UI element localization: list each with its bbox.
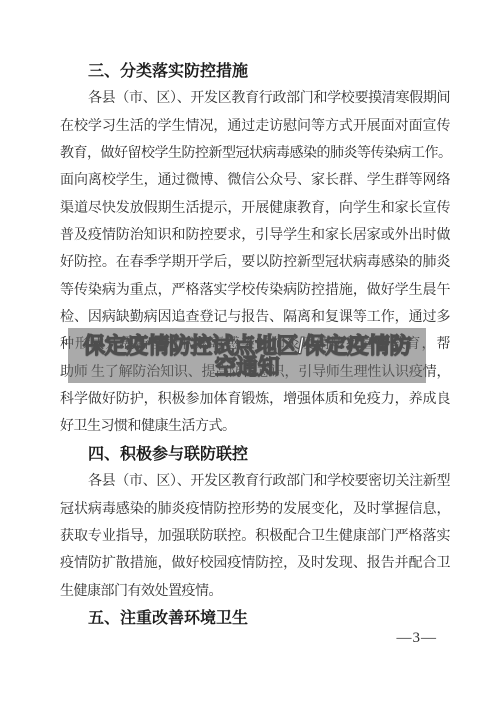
body-line: 获取专业指导，加强联防联控。积极配合卫生健康部门严格落实 <box>60 523 450 550</box>
section-3-paragraph: 各县（市、区）、开发区教育行政部门和学校要摸清寒假期间 在校学习生活的学生情况，… <box>60 85 450 440</box>
page-number: —3— <box>397 630 438 647</box>
body-line: 冠状病毒感染的肺炎疫情防控形势的发展变化，及时掌握信息， <box>60 496 450 523</box>
body-line: 各县（市、区）、开发区教育行政部门和学校要摸清寒假期间 <box>60 85 450 112</box>
body-line: 疫情防扩散措施，做好校园疫情防控，及时发现、报告并配合卫 <box>60 550 450 577</box>
section-4-paragraph: 各县（市、区）、开发区教育行政部门和学校要密切关注新型 冠状病毒感染的肺炎疫情防… <box>60 468 450 605</box>
body-line: 渠道尽快发放假期生活提示，开展健康教育，向学生和家长宣传 <box>60 195 450 222</box>
body-line: 在校学习生活的学生情况，通过走访慰问等方式开展面对面宣传 <box>60 113 450 140</box>
body-line: 普及疫情防治知识和防控要求，引导学生和家长居家或外出时做 <box>60 222 450 249</box>
body-line: 科学做好防护，积极参加体育锻炼，增强体质和免疫力，养成良 <box>60 386 450 413</box>
body-line: 好卫生习惯和健康生活方式。 <box>60 413 450 440</box>
body-line: 生健康部门有效处置疫情。 <box>60 578 450 605</box>
section-heading-4: 四、积极参与联防联控 <box>60 441 450 468</box>
body-line: 面向离校学生，通过微博、微信公众号、家长群、学生群等网络 <box>60 167 450 194</box>
overlay-title-banner: 保定疫情防控试点地区/保定疫情防 空通知 <box>68 328 426 383</box>
section-heading-3: 三、分类落实防控措施 <box>60 58 450 85</box>
body-line: 教育，做好留校学生防控新型冠状病毒感染的肺炎等传染病工作。 <box>60 140 450 167</box>
overlay-title-line-2: 空通知 <box>215 356 280 377</box>
body-line: 等传染病为重点，严格落实学校传染病防控措施，做好学生晨午 <box>60 277 450 304</box>
section-heading-5: 五、注重改善环境卫生 <box>60 605 450 632</box>
overlay-title-line-1: 保定疫情防控试点地区/保定疫情防 <box>83 335 411 356</box>
document-page: 三、分类落实防控措施 各县（市、区）、开发区教育行政部门和学校要摸清寒假期间 在… <box>0 0 500 707</box>
body-line: 好防控。在春季学期开学后，要以防控新型冠状病毒感染的肺炎 <box>60 249 450 276</box>
body-line: 各县（市、区）、开发区教育行政部门和学校要密切关注新型 <box>60 468 450 495</box>
